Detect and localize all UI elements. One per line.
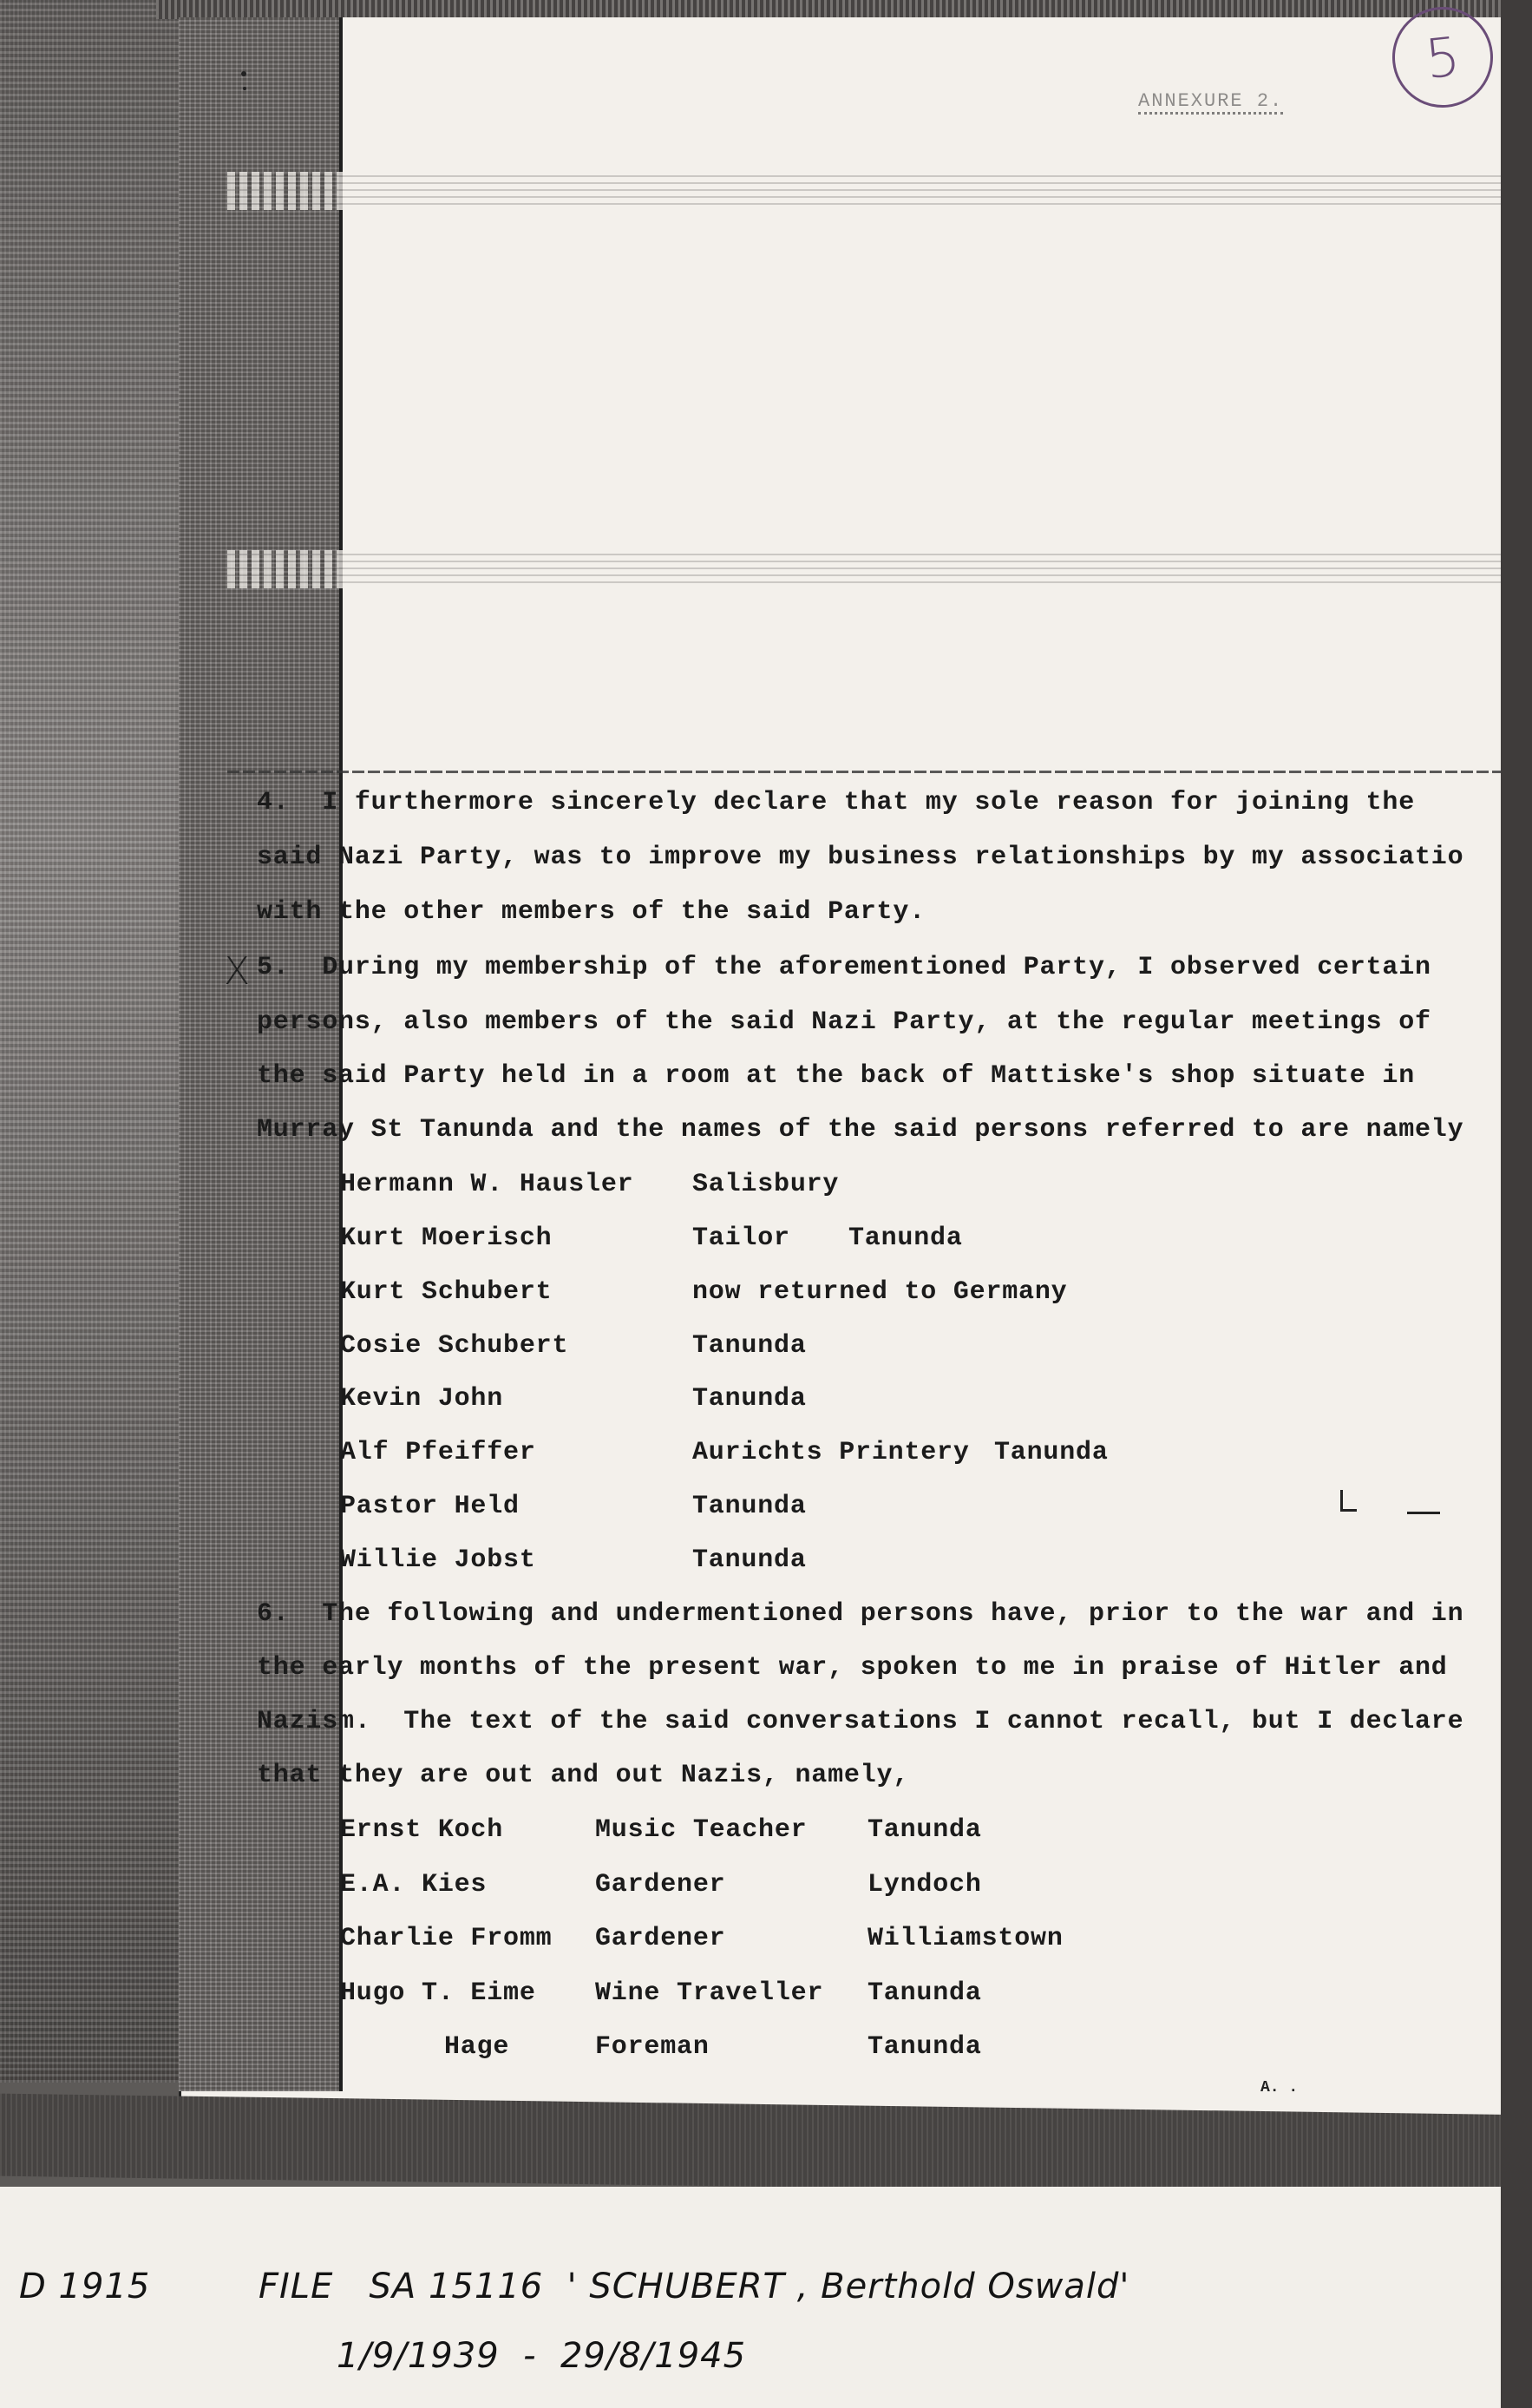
- punch-dot: [243, 87, 246, 90]
- member-name: Willie Jobst: [340, 1547, 536, 1573]
- person-place: Tanunda: [867, 1817, 982, 1843]
- person-occupation: Foreman: [595, 2034, 710, 2060]
- person-place: Williamstown: [867, 1926, 1064, 1952]
- date-range: 1/9/1939 - 29/8/1945: [337, 2336, 746, 2376]
- annexure-heading: ANNEXURE 2.: [1138, 90, 1283, 115]
- paragraph-4-line-3: with the other members of the said Party…: [257, 899, 926, 925]
- person-occupation: Wine Traveller: [595, 1980, 823, 2006]
- corner-bracket-mark: [1340, 1490, 1357, 1512]
- person-name: Hugo T. Eime: [340, 1980, 536, 2006]
- person-name: Charlie Fromm: [340, 1926, 552, 1952]
- member-detail: Tanunda: [692, 1386, 807, 1412]
- member-place: Tanunda: [848, 1225, 963, 1251]
- paragraph-4-line-1: 4. I furthermore sincerely declare that …: [257, 790, 1415, 816]
- paragraph-6-line-4: that they are out and out Nazis, namely,: [257, 1762, 909, 1788]
- person-place: Tanunda: [867, 2034, 982, 2060]
- continuation-mark: A. .: [1260, 2079, 1298, 2096]
- paragraph-5-line-4: Murray St Tanunda and the names of the s…: [257, 1117, 1463, 1143]
- file-reference: FILE SA 15116 ' SCHUBERT , Berthold Oswa…: [259, 2267, 1129, 2306]
- member-detail: Tanunda: [692, 1333, 807, 1359]
- person-name: Hage: [444, 2034, 509, 2060]
- person-place: Tanunda: [867, 1980, 982, 2006]
- margin-x-mark: X: [224, 949, 250, 994]
- archive-label-card: D 1915 FILE SA 15116 ' SCHUBERT , Bertho…: [0, 2187, 1501, 2408]
- scan-background-top: [156, 0, 1532, 19]
- person-occupation: Gardener: [595, 1926, 725, 1952]
- paragraph-4-line-2: said Nazi Party, was to improve my busin…: [257, 844, 1463, 870]
- member-name: Cosie Schubert: [340, 1333, 568, 1359]
- paragraph-6-line-1: 6. The following and undermentioned pers…: [257, 1601, 1463, 1627]
- paragraph-5-line-1: 5. During my membership of the aforement…: [257, 955, 1431, 981]
- member-name: Kevin John: [340, 1386, 503, 1412]
- paragraph-5-line-3: the said Party held in a room at the bac…: [257, 1063, 1415, 1089]
- member-name: Kurt Schubert: [340, 1279, 552, 1305]
- member-detail: Tanunda: [692, 1547, 807, 1573]
- paragraph-5-line-2: persons, also members of the said Nazi P…: [257, 1009, 1431, 1035]
- paragraph-6-line-2: the early months of the present war, spo…: [257, 1655, 1448, 1681]
- member-name: Pastor Held: [340, 1493, 520, 1519]
- person-name: Ernst Koch: [340, 1817, 503, 1843]
- member-detail: now returned to Germany: [692, 1279, 1067, 1305]
- faded-typed-strip-top: [227, 172, 1520, 210]
- member-detail: Salisbury: [692, 1171, 839, 1197]
- faded-typed-strip-middle: [227, 550, 1520, 588]
- person-name: E.A. Kies: [340, 1872, 487, 1898]
- paragraph-6-line-3: Nazism. The text of the said conversatio…: [257, 1709, 1463, 1735]
- member-name: Hermann W. Hausler: [340, 1171, 633, 1197]
- member-detail: Tailor: [692, 1225, 790, 1251]
- member-detail: Tanunda: [692, 1493, 807, 1519]
- member-place: Tanunda: [994, 1440, 1109, 1466]
- punch-dot: [241, 71, 246, 76]
- member-name: Kurt Moerisch: [340, 1225, 552, 1251]
- person-occupation: Gardener: [595, 1872, 725, 1898]
- member-detail: Aurichts Printery: [692, 1440, 970, 1466]
- series-number: D 1915: [19, 2267, 150, 2306]
- scan-background-right: [1501, 0, 1532, 2408]
- person-occupation: Music Teacher: [595, 1817, 807, 1843]
- divider-rule: [227, 771, 1520, 773]
- person-place: Lyndoch: [867, 1872, 982, 1898]
- member-name: Alf Pfeiffer: [340, 1440, 536, 1466]
- corner-dash-mark: [1407, 1512, 1440, 1514]
